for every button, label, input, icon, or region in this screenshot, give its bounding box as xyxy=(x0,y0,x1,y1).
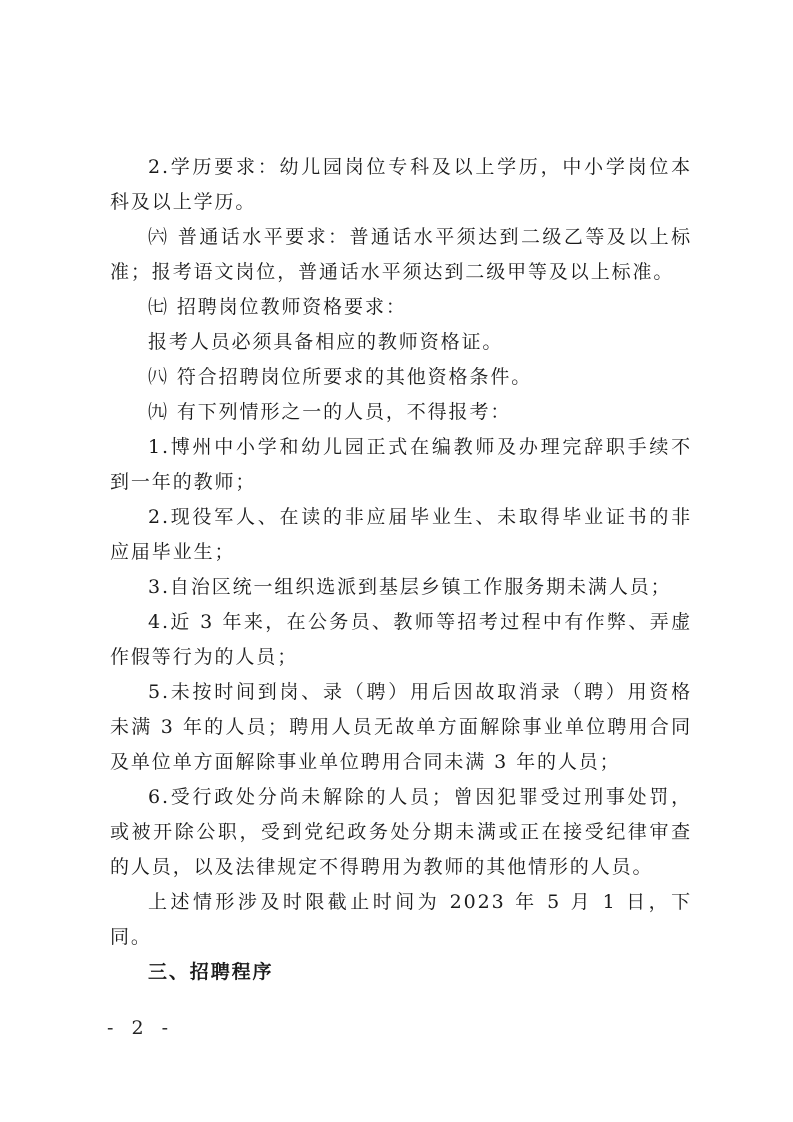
paragraph-exclusion-1: 1.博州中小学和幼儿园正式在编教师及办理完辞职手续不到一年的教师； xyxy=(110,430,692,500)
paragraph-exclusion-2: 2.现役军人、在读的非应届毕业生、未取得毕业证书的非应届毕业生； xyxy=(110,500,692,570)
paragraph-other-conditions: ㈧ 符合招聘岗位所要求的其他资格条件。 xyxy=(110,360,692,395)
paragraph-teacher-cert: 报考人员必须具备相应的教师资格证。 xyxy=(110,325,692,360)
paragraph-exclusion-6: 6.受行政处分尚未解除的人员；曾因犯罪受过刑事处罚，或被开除公职，受到党纪政务处… xyxy=(110,780,692,885)
paragraph-exclusion-title: ㈨ 有下列情形之一的人员，不得报考： xyxy=(110,395,692,430)
paragraph-exclusion-4: 4.近 3 年来，在公务员、教师等招考过程中有作弊、弄虚作假等行为的人员； xyxy=(110,605,692,675)
paragraph-putonghua-requirement: ㈥ 普通话水平要求：普通话水平须达到二级乙等及以上标准；报考语文岗位，普通话水平… xyxy=(110,220,692,290)
paragraph-education-requirement: 2.学历要求：幼儿园岗位专科及以上学历，中小学岗位本科及以上学历。 xyxy=(110,150,692,220)
paragraph-deadline: 上述情形涉及时限截止时间为 2023 年 5 月 1 日，下同。 xyxy=(110,885,692,955)
page-number: - 2 - xyxy=(107,1017,174,1039)
document-body: 2.学历要求：幼儿园岗位专科及以上学历，中小学岗位本科及以上学历。 ㈥ 普通话水… xyxy=(110,150,692,990)
paragraph-exclusion-5: 5.未按时间到岗、录（聘）用后因故取消录（聘）用资格未满 3 年的人员；聘用人员… xyxy=(110,675,692,780)
paragraph-teacher-cert-title: ㈦ 招聘岗位教师资格要求： xyxy=(110,290,692,325)
section-heading: 三、招聘程序 xyxy=(110,955,692,990)
paragraph-exclusion-3: 3.自治区统一组织选派到基层乡镇工作服务期未满人员； xyxy=(110,570,692,605)
